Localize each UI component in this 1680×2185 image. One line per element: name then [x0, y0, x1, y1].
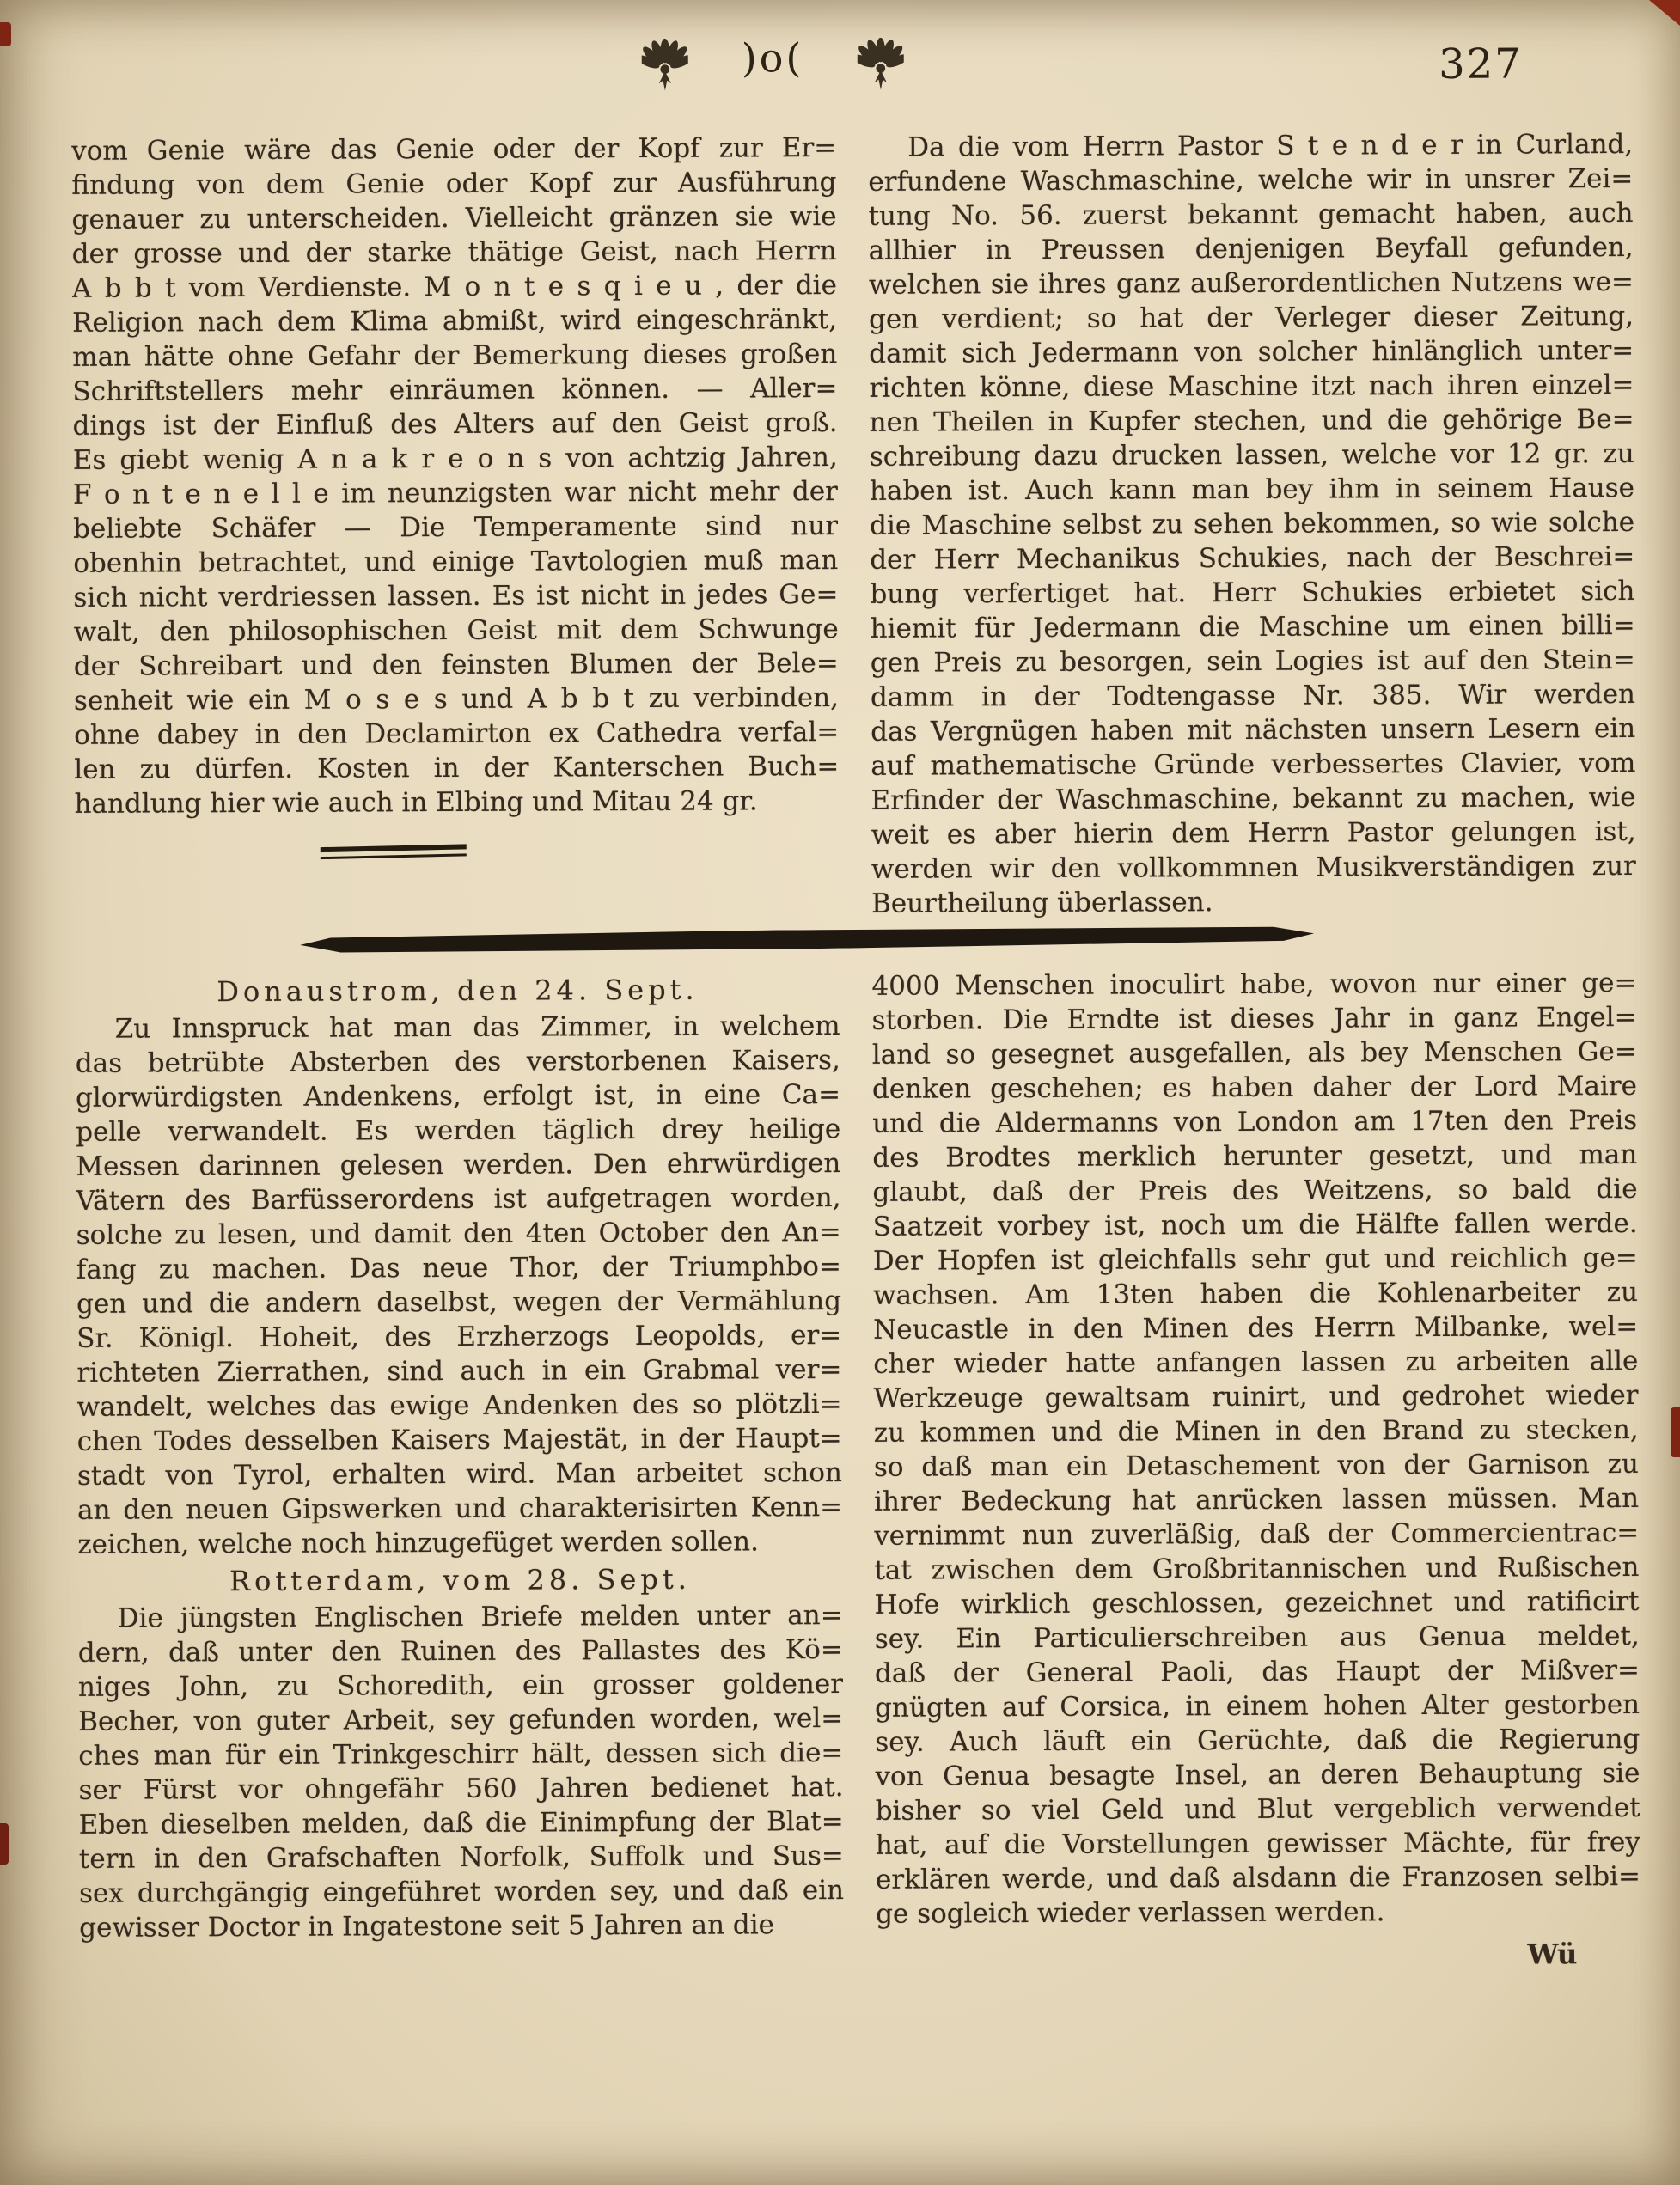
top-section: vom Genie wäre das Genie oder der Kopf z… [71, 127, 1636, 925]
text-line: Zu Innspruck hat man das Zimmer, in welc… [76, 1009, 840, 1047]
text-line: der grosse und der starke thätige Geist,… [72, 234, 837, 272]
text-line: Saatzeit vorbey ist, noch um die Hälfte … [873, 1206, 1638, 1244]
text-line: len zu dürfen. Kosten in der Kanterschen… [74, 749, 839, 787]
text-line: daß der General Paoli, das Haupt der Miß… [875, 1653, 1640, 1691]
text-line: Schriftstellers mehr einräumen können. —… [72, 371, 837, 409]
article-text: vom Genie wäre das Genie oder der Kopf z… [71, 131, 839, 821]
article-text: 4000 Menschen inoculirt habe, wovon nur … [871, 966, 1640, 1932]
text-line: zu kommen und die Minen in den Brand zu … [874, 1413, 1639, 1450]
text-line: hiemit für Jedermann die Maschine um ein… [871, 608, 1635, 646]
text-line: nen Theilen in Kupfer stechen, und die g… [870, 402, 1634, 440]
text-line: hat, auf die Vorstellungen gewisser Mäch… [876, 1825, 1640, 1863]
text-line: Sr. Königl. Hoheit, des Erzherzogs Leopo… [76, 1318, 841, 1356]
text-line: Erfinder der Waschmaschine, bekannt zu m… [871, 780, 1635, 818]
bottom-left-column: Donaustrom, den 24. Sept. Zu Innspruck h… [75, 969, 844, 1978]
text-line: Da die vom Herrn Pastor S t e n d e r in… [868, 127, 1633, 165]
dateline-heading-rotterdam: Rotterdam, vom 28. Sept. [77, 1559, 842, 1602]
page-header: )o( [0, 34, 1676, 119]
text-line: Becher, von guter Arbeit, sey gefunden w… [78, 1701, 843, 1739]
text-line: findung von dem Genie oder Kopf zur Ausf… [71, 165, 836, 203]
text-line: gen und die andern daselbst, wegen der V… [76, 1284, 841, 1321]
text-line: pelle verwandelt. Es werden täglich drey… [76, 1112, 840, 1150]
text-line: obenhin betrachtet, und einige Tavtologi… [73, 543, 838, 581]
text-line: Vätern des Barfüsserordens ist aufgetrag… [76, 1181, 840, 1218]
text-line: von Genua besagte Insel, an deren Behaup… [875, 1756, 1640, 1794]
text-line: des Brodtes merklich herunter gesetzt, u… [872, 1138, 1637, 1175]
article-text: Die jüngsten Englischen Briefe melden un… [78, 1598, 845, 1945]
section-divider-rule [300, 925, 1314, 954]
top-right-article: Da die vom Herrn Pastor S t e n d e r in… [868, 127, 1636, 921]
text-line: solche zu lesen, und damit den 4ten Octo… [76, 1215, 841, 1253]
top-left-article: vom Genie wäre das Genie oder der Kopf z… [71, 131, 840, 925]
text-line: das Vergnügen haben mit nächsten unsern … [871, 711, 1635, 749]
text-line: sex durchgängig eingeführet worden sey, … [79, 1873, 844, 1911]
text-line: senheit wie ein M o s e s und A b b t zu… [74, 681, 839, 718]
text-line: wandelt, welches das ewige Andenken des … [77, 1387, 842, 1425]
text-line: F o n t e n e l l e im neunzigsten war n… [73, 474, 838, 512]
text-line: gen Preis zu besorgen, sein Logies ist a… [871, 643, 1635, 681]
text-line: die Maschine selbst zu sehen bekommen, s… [870, 505, 1634, 543]
shell-ornament-icon [642, 39, 688, 92]
text-line: Hofe wirklich geschlossen, gezeichnet un… [875, 1584, 1640, 1622]
text-line: auf mathematische Gründe verbessertes Cl… [871, 746, 1635, 784]
text-line: Die jüngsten Englischen Briefe melden un… [78, 1598, 843, 1636]
text-line: glorwürdigsten Andenkens, erfolgt ist, i… [76, 1077, 840, 1115]
text-line: erfundene Waschmaschine, welche wir in u… [868, 162, 1633, 199]
text-line: dern, daß unter den Ruinen des Pallastes… [78, 1633, 843, 1670]
text-line: Religion nach dem Klima abmißt, wird ein… [72, 302, 837, 340]
text-line: richteten Zierrathen, sind auch in ein G… [76, 1352, 841, 1390]
text-line: ge sogleich wieder verlassen werden. [876, 1894, 1640, 1932]
text-line: land so gesegnet ausgefallen, als bey Me… [872, 1035, 1637, 1072]
text-line: vernimmt nun zuverläßig, daß der Commerc… [874, 1516, 1639, 1553]
text-line: gewisser Doctor in Ingatestone seit 5 Ja… [79, 1907, 844, 1945]
text-line: tung No. 56. zuerst bekannt gemacht habe… [868, 196, 1633, 234]
bottom-section: Donaustrom, den 24. Sept. Zu Innspruck h… [75, 966, 1640, 1978]
text-line: gen verdient; so hat der Verleger dieser… [869, 299, 1634, 337]
text-line: Werkzeuge gewaltsam ruinirt, und gedrohe… [873, 1378, 1638, 1416]
text-line: schreibung dazu drucken lassen, welche v… [870, 436, 1634, 474]
text-line: erklären werde, und daß alsdann die Fran… [876, 1859, 1640, 1897]
text-line: das betrübte Absterben des verstorbenen … [76, 1043, 840, 1081]
text-line: an den neuen Gipswerken und charakterisi… [77, 1490, 842, 1528]
text-line: Neucastle in den Minen des Herrn Milbank… [873, 1309, 1638, 1347]
article-text: Zu Innspruck hat man das Zimmer, in welc… [76, 1009, 843, 1562]
bottom-right-column: 4000 Menschen inoculirt habe, wovon nur … [871, 966, 1640, 1974]
text-line: stadt von Tyrol, erhalten wird. Man arbe… [77, 1456, 842, 1493]
text-line: walt, den philosophischen Geist mit dem … [74, 612, 839, 650]
text-line: zeichen, welche noch hinzugefüget werden… [77, 1524, 842, 1562]
text-line: damit sich Jedermann von solcher hinläng… [869, 333, 1634, 371]
text-line: so daß man ein Detaschement von der Garn… [874, 1447, 1639, 1485]
text-line: der Herr Mechanikus Schukies, nach der B… [870, 540, 1634, 577]
text-line: 4000 Menschen inoculirt habe, wovon nur … [871, 966, 1636, 1004]
text-line: bung verfertiget hat. Herr Schukies erbi… [870, 574, 1634, 612]
text-line: bisher so viel Geld und Blut vergeblich … [876, 1791, 1640, 1828]
text-line: vom Genie wäre das Genie oder der Kopf z… [71, 131, 836, 168]
text-line: haben ist. Auch kann man bey ihm in sein… [870, 471, 1634, 509]
text-line: ches man für ein Trinkgeschirr hält, des… [78, 1736, 843, 1773]
page-number: 327 [1439, 40, 1523, 88]
shell-ornament-icon [857, 38, 903, 91]
text-line: Der Hopfen ist gleichfalls sehr gut und … [873, 1241, 1638, 1279]
text-line: weit es aber hierin dem Herrn Pastor gel… [871, 815, 1636, 852]
text-line: man hätte ohne Gefahr der Bemerkung dies… [72, 337, 837, 375]
text-line: wachsen. Am 13ten haben die Kohlenarbeit… [873, 1275, 1638, 1313]
text-line: sey. Ein Particulierschreiben aus Genua … [875, 1619, 1640, 1657]
article-text: Da die vom Herrn Pastor S t e n d e r in… [868, 127, 1636, 921]
text-line: glaubt, daß der Preis des Weitzens, so b… [872, 1172, 1637, 1210]
text-line: cher wieder hatte anfangen lassen zu arb… [873, 1344, 1638, 1382]
text-line: gnügten auf Corsica, in einem hohen Alte… [875, 1688, 1640, 1725]
text-line: Messen darinnen gelesen werden. Den ehrw… [76, 1146, 840, 1184]
text-line: tat zwischen dem Großbritannischen und R… [874, 1550, 1639, 1588]
text-line: tern in den Grafschaften Norfolk, Suffol… [79, 1839, 844, 1877]
text-line: fang zu machen. Das neue Thor, der Trium… [76, 1249, 841, 1287]
article-end-rule [321, 844, 467, 859]
gathering-signature-mark: )o( [742, 34, 804, 81]
text-line: und die Aldermanns von London am 17ten d… [872, 1103, 1637, 1141]
text-line: Es giebt wenig A n a k r e o n s von ach… [73, 440, 838, 478]
text-line: richten könne, diese Maschine itzt nach … [869, 368, 1634, 406]
text-line: chen Todes desselben Kaisers Majestät, i… [77, 1421, 842, 1459]
text-line: ser Fürst vor ohngefähr 560 Jahren bedie… [78, 1770, 843, 1808]
scanned-content: )o( [0, 0, 1680, 2185]
text-line: denken geschehen; es haben daher der Lor… [872, 1069, 1637, 1107]
newspaper-page: )o( [0, 0, 1680, 2185]
text-line: genauer zu unterscheiden. Vielleicht grä… [71, 199, 836, 237]
text-line: ohne dabey in den Declamirton ex Cathedr… [74, 715, 839, 753]
catchword: Wü [876, 1937, 1640, 1974]
text-line: damm in der Todtengasse Nr. 385. Wir wer… [871, 677, 1635, 715]
text-line: handlung hier wie auch in Elbing und Mit… [74, 784, 839, 821]
text-line: storben. Die Erndte ist dieses Jahr in g… [872, 1000, 1637, 1038]
dateline-heading-donaustrom: Donaustrom, den 24. Sept. [75, 969, 840, 1012]
text-line: niges John, zu Schoredith, ein grosser g… [78, 1667, 843, 1705]
text-line: beliebte Schäfer — Die Temperamente sind… [73, 509, 838, 546]
header-ornaments: )o( [642, 38, 904, 92]
text-line: Beurtheilung überlassen. [871, 883, 1636, 921]
text-line: Eben dieselben melden, daß die Einimpfun… [79, 1804, 844, 1842]
text-line: sich nicht verdriessen lassen. Es ist ni… [73, 577, 838, 615]
text-line: ihrer Bedeckung hat anrücken lassen müss… [874, 1481, 1639, 1519]
text-line: werden wir den vollkommnen Musikverständ… [871, 849, 1636, 887]
text-line: allhier in Preussen denjenigen Beyfall g… [869, 230, 1634, 268]
text-line: welchen sie ihres ganz außerordentlichen… [869, 265, 1634, 302]
text-line: sey. Auch läuft ein Gerüchte, daß die Re… [875, 1722, 1640, 1760]
text-line: der Schreibart und den feinsten Blumen d… [74, 646, 839, 684]
text-line: A b b t vom Verdienste. M o n t e s q i … [72, 268, 837, 306]
text-line: dings ist der Einfluß des Alters auf den… [73, 406, 838, 443]
